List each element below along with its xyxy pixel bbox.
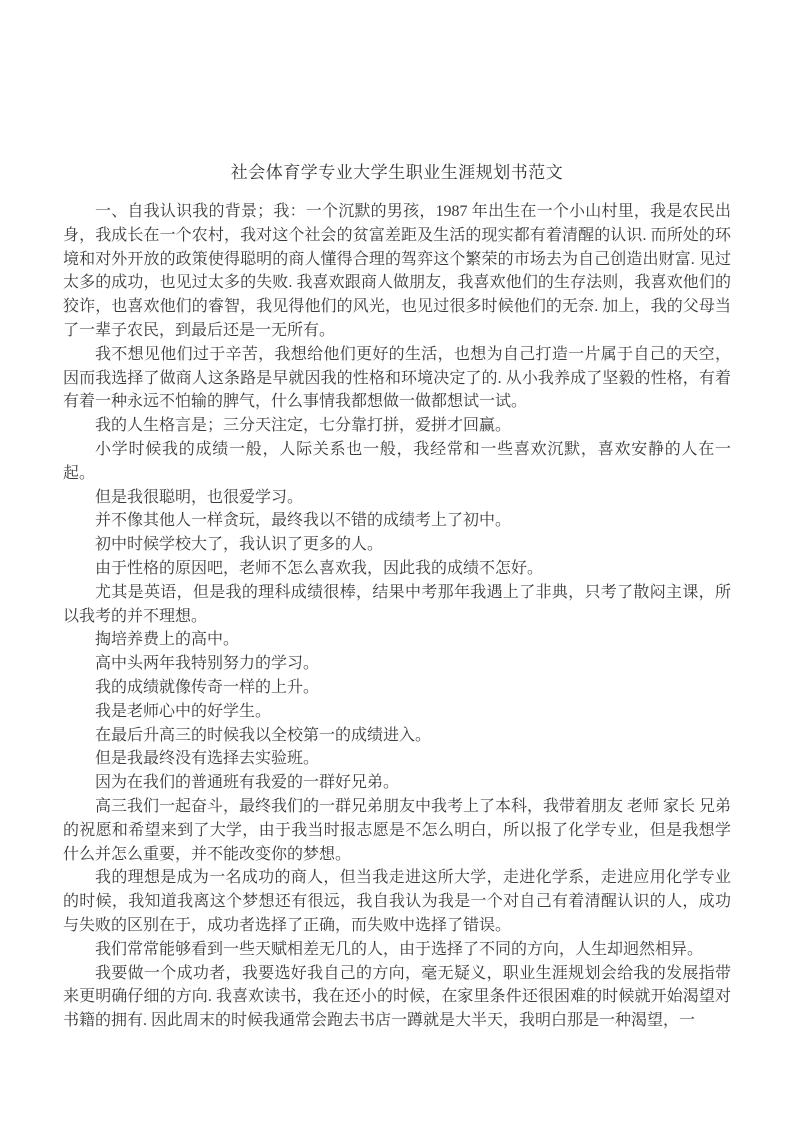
paragraph: 小学时候我的成绩一般，人际关系也一般，我经常和一些喜欢沉默，喜欢安静的人在一起。 — [63, 438, 731, 486]
paragraph: 我不想见他们过于辛苦，我想给他们更好的生活，也想为自己打造一片属于自己的天空，因… — [63, 343, 731, 414]
paragraph: 我的成绩就像传奇一样的上升。 — [63, 676, 731, 700]
paragraph: 并不像其他人一样贪玩，最终我以不错的成绩考上了初中。 — [63, 509, 731, 533]
paragraph: 但是我最终没有选择去实验班。 — [63, 747, 731, 771]
document-title: 社会体育学专业大学生职业生涯规划书范文 — [63, 163, 731, 183]
paragraph: 由于性格的原因吧，老师不怎么喜欢我，因此我的成绩不怎好。 — [63, 557, 731, 581]
paragraph: 掏培养费上的高中。 — [63, 628, 731, 652]
paragraph: 高中头两年我特别努力的学习。 — [63, 652, 731, 676]
paragraph: 我们常常能够看到一些天赋相差无几的人，由于选择了不同的方向，人生却迥然相异。 — [63, 938, 731, 962]
paragraph: 在最后升高三的时候我以全校第一的成绩进入。 — [63, 724, 731, 748]
paragraph: 高三我们一起奋斗，最终我们的一群兄弟朋友中我考上了本科，我带着朋友 老师 家长 … — [63, 795, 731, 866]
paragraph: 我的人生格言是；三分天注定，七分靠打拼，爱拼才回赢。 — [63, 414, 731, 438]
paragraph: 初中时候学校大了，我认识了更多的人。 — [63, 533, 731, 557]
paragraph: 因为在我们的普通班有我爱的一群好兄弟。 — [63, 771, 731, 795]
paragraph: 一、自我认识我的背景；我：一个沉默的男孩，1987 年出生在一个小山村里，我是农… — [63, 200, 731, 343]
paragraph: 我要做一个成功者，我要选好我自己的方向，毫无疑义，职业生涯规划会给我的发展指带来… — [63, 962, 731, 1033]
paragraph: 我的理想是成为一名成功的商人，但当我走进这所大学，走进化学系，走进应用化学专业的… — [63, 866, 731, 937]
paragraph: 尤其是英语，但是我的理科成绩很棒，结果中考那年我遇上了非典，只考了散闷主课，所以… — [63, 581, 731, 629]
document-body: 一、自我认识我的背景；我：一个沉默的男孩，1987 年出生在一个小山村里，我是农… — [63, 200, 731, 1033]
paragraph: 我是老师心中的好学生。 — [63, 700, 731, 724]
document-page: 社会体育学专业大学生职业生涯规划书范文 一、自我认识我的背景；我：一个沉默的男孩… — [0, 0, 793, 1122]
paragraph: 但是我很聪明，也很爱学习。 — [63, 486, 731, 510]
